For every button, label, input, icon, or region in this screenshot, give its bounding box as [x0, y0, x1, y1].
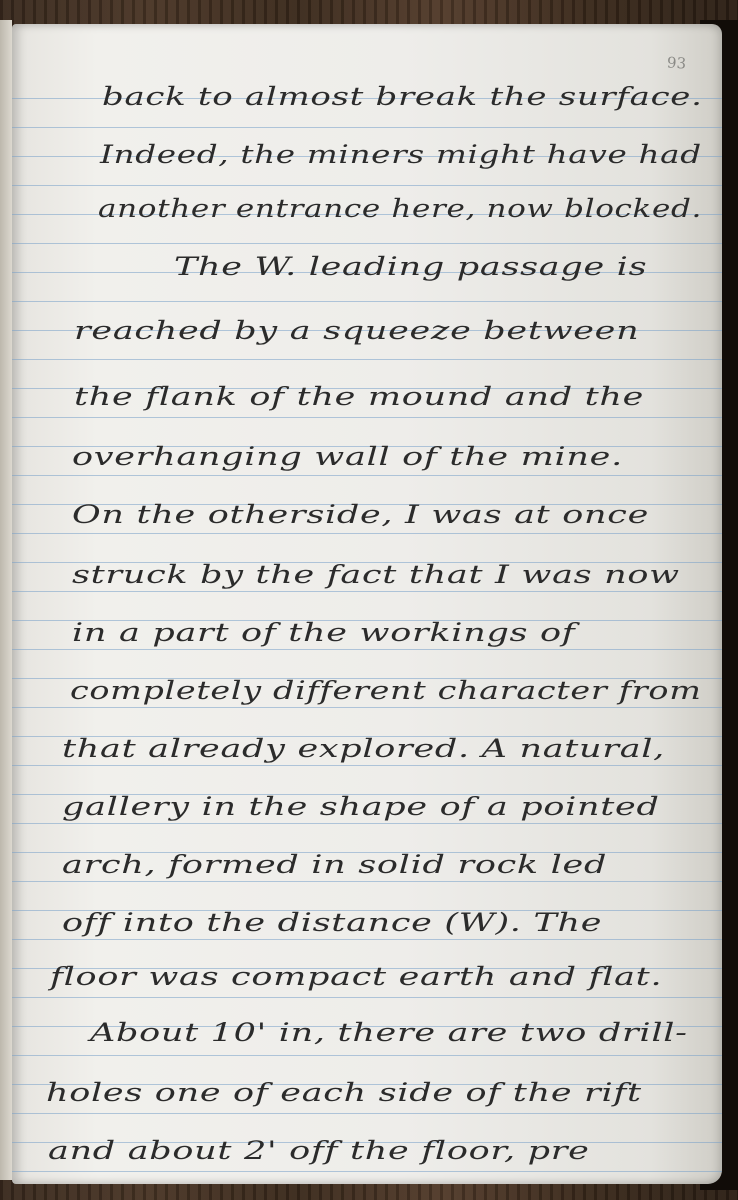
text-line: overhanging wall of the mine. — [72, 442, 623, 471]
notebook-page: 93 back to almost break the surface. Ind… — [12, 24, 722, 1184]
text-line: gallery in the shape of a pointed — [62, 792, 660, 821]
text-line: another entrance here, now blocked. — [98, 194, 702, 223]
text-line: that already explored. A natural, — [62, 734, 665, 763]
ruled-line — [12, 997, 722, 998]
ruled-line — [12, 359, 722, 360]
text-line: Indeed, the miners might have had — [100, 140, 702, 169]
text-line: off into the distance (W). The — [62, 908, 602, 937]
text-line: the flank of the mound and the — [74, 382, 644, 411]
text-line: struck by the fact that I was now — [72, 560, 680, 589]
ruled-line — [12, 823, 722, 824]
text-line: reached by a squeeze between — [74, 316, 639, 345]
ruled-line — [12, 707, 722, 708]
ruled-line — [12, 417, 722, 418]
ruled-line — [12, 243, 722, 244]
ruled-line — [12, 1113, 722, 1114]
text-line: floor was compact earth and flat. — [50, 962, 662, 991]
text-line: The W. leading passage is — [174, 252, 647, 281]
text-line: and about 2' off the floor, pre — [48, 1136, 590, 1165]
text-line: in a part of the workings of — [72, 618, 575, 647]
ruled-line — [12, 127, 722, 128]
text-line: back to almost break the surface. — [102, 82, 703, 111]
ruled-line — [12, 939, 722, 940]
previous-page-edge — [0, 20, 12, 1180]
ruled-line — [12, 475, 722, 476]
ruled-line — [12, 533, 722, 534]
ruled-line — [12, 591, 722, 592]
ruled-line — [12, 765, 722, 766]
ruled-line — [12, 881, 722, 882]
text-line: completely different character from — [70, 676, 702, 705]
ruled-line — [12, 301, 722, 302]
text-line: About 10' in, there are two drill- — [90, 1018, 688, 1047]
text-line: holes one of each side of the rift — [46, 1078, 642, 1107]
text-line: arch, formed in solid rock led — [62, 850, 607, 879]
ruled-line — [12, 1171, 722, 1172]
text-line: On the otherside, I was at once — [72, 500, 649, 529]
ruled-line — [12, 649, 722, 650]
ruled-line — [12, 1055, 722, 1056]
ruled-line — [12, 185, 722, 186]
page-number: 93 — [666, 53, 686, 72]
